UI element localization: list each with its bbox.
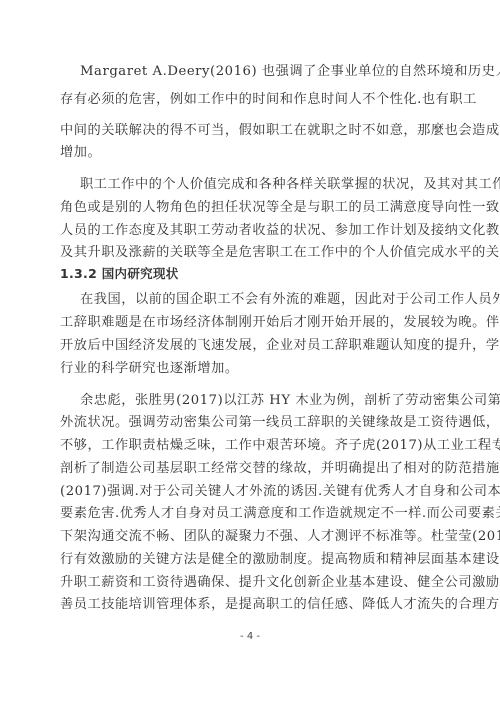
- paragraph-2-line-1: 职工工作中的个人价值完成和各种各样关联掌握的状况，及其对其工作中人物: [80, 177, 444, 193]
- paragraph-1-line-3: 中间的关联解决的得不可当，假如职工在就职之时不如意，那麼也会造成 离职状况: [60, 123, 444, 139]
- paragraph-1-line-1: Margaret A.Deery(2016) 也强调了企事业单位的自然环境和历史…: [80, 64, 444, 80]
- section-heading: 1.3.2 国内研究现状: [60, 266, 179, 282]
- paragraph-2-line-3: 人员的工作态度及其职工劳动者收益的状况、参加工作计划及接纳文化教育的水平，: [60, 223, 444, 239]
- section-paragraph-2-line-3: 不够，工作职责枯燥乏味，工作中艰苦环境。齐子虎(2017)从工业工程专业的视角: [60, 438, 444, 454]
- section-paragraph-2-line-1: 余忠彪，张胜男(2017)以江苏 HY 木业为例，剖析了劳动密集公司第一线职工的: [80, 393, 444, 409]
- page-number: - 4 -: [0, 631, 500, 642]
- section-paragraph-2-line-4: 剖析了制造公司基层职工经常交替的缘故，并明确提出了相对的防范措施。卢运雯: [60, 461, 444, 477]
- section-paragraph-2-line-9: 升职工薪资和工资待遇确保、提升文化创新企业基本建设、健全公司激励制度、完: [60, 575, 444, 591]
- paragraph-2-line-4: 及其升职及涨薪的关联等全是危害职工在工作中的个人价值完成水平的关键指标值。: [60, 245, 444, 261]
- paragraph-1-line-2: 存有必须的危害，例如工作中的时间和作息时间人不个性化.也有职工: [60, 92, 444, 108]
- paragraph-1-line-4: 增加。: [60, 145, 444, 161]
- section-paragraph-1-line-2: 工辞职难题是在市场经济体制刚开始后才刚开始开展的，发展较为晚。伴随着改革: [60, 315, 444, 331]
- paragraph-2-line-2: 角色或是别的人物角色的担任状况等全是与职工的员工满意度导向性一致的。技术: [60, 200, 444, 216]
- document-page: Margaret A.Deery(2016) 也强调了企事业单位的自然环境和历史…: [0, 0, 500, 707]
- section-paragraph-1-line-1: 在我国，以前的国企职工不会有外流的难题，因此对于公司工作人员外流和员: [80, 292, 444, 308]
- section-paragraph-1-line-4: 行业的科学研究也逐渐增加。: [60, 361, 444, 377]
- section-paragraph-2-line-7: 下架沟通交流不畅、团队的凝聚力不强、人才测评不标准等。杜莹莹(2018)觉得进: [60, 529, 444, 545]
- section-paragraph-2-line-2: 外流状况。强调劳动密集公司第一线员工辞职的关键缘故是工资待遇低，个人发展: [60, 415, 444, 431]
- section-paragraph-2-line-5: (2017)强调.对于公司关键人才外流的诱因.关键有优秀人才自身和公司本身两层面: [60, 484, 444, 500]
- section-paragraph-2-line-10: 善员工技能培训管理体系，是提高职工的信任感、降低人才流失的合理方式。蒋惠: [60, 597, 444, 613]
- section-paragraph-2-line-6: 要素危害.优秀人才自身对员工满意度和工作造就规定不一样.而公司要素关键是上: [60, 506, 444, 522]
- section-paragraph-2-line-8: 行有效激励的关键方法是健全的激励制度。提高物质和精神层面基本建设水准、提: [60, 552, 444, 568]
- section-paragraph-1-line-3: 开放后中国经济发展的飞速发展，企业对员工辞职难题认知度的提升，学者们在该: [60, 338, 444, 354]
